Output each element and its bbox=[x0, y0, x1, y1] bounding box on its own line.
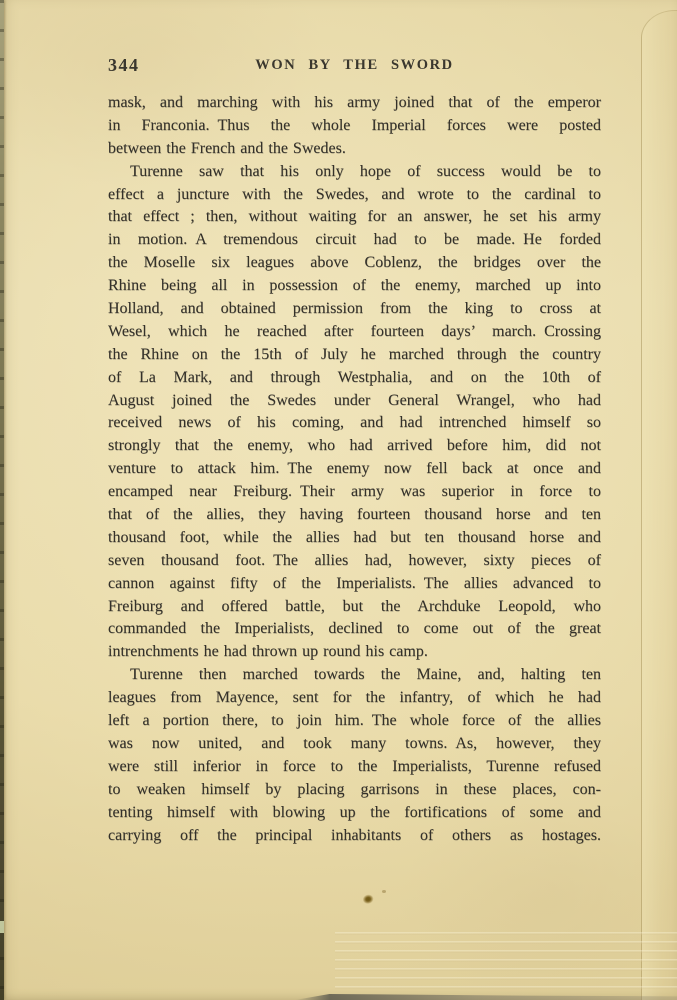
text-line: between the French and the Swedes. bbox=[108, 138, 601, 161]
text-line: Turenne saw that his only hope of succes… bbox=[108, 161, 601, 184]
text-line: thousand foot, while the allies had but … bbox=[108, 527, 601, 550]
text-line: was now united, and took many towns. As,… bbox=[108, 733, 601, 756]
text-line: carrying off the principal inhabitants o… bbox=[108, 825, 601, 848]
text-line: intrenchments he had thrown up round his… bbox=[108, 641, 601, 664]
text-line: Turenne then marched towards the Maine, … bbox=[108, 664, 601, 687]
text-line: left a portion there, to join him. The w… bbox=[108, 710, 601, 733]
text-line: leagues from Mayence, sent for the infan… bbox=[108, 687, 601, 710]
text-line: Holland, and obtained permission from th… bbox=[108, 298, 601, 321]
text-line: Wesel, which he reached after fourteen d… bbox=[108, 321, 601, 344]
text-line: the Moselle six leagues above Coblenz, t… bbox=[108, 252, 601, 275]
text-line: Rhine being all in possession of the ene… bbox=[108, 275, 601, 298]
paragraph: mask, and marching with his army joined … bbox=[108, 92, 601, 161]
text-line: effect a juncture with the Swedes, and w… bbox=[108, 184, 601, 207]
ink-speck bbox=[382, 890, 386, 893]
text-line: tenting himself with blowing up the fort… bbox=[108, 802, 601, 825]
text-line: August joined the Swedes under General W… bbox=[108, 390, 601, 413]
text-line: venture to attack him. The enemy now fel… bbox=[108, 458, 601, 481]
text-line: encamped near Freiburg. Their army was s… bbox=[108, 481, 601, 504]
stacked-page-edges bbox=[335, 932, 677, 994]
text-line: that of the allies, they having fourteen… bbox=[108, 504, 601, 527]
text-line: of La Mark, and through Westphalia, and … bbox=[108, 367, 601, 390]
book-page-scan: 344 WON BY THE SWORD mask, and marching … bbox=[0, 0, 677, 1000]
text-line: in Franconia. Thus the whole Imperial fo… bbox=[108, 115, 601, 138]
text-line: to weaken himself by placing garrisons i… bbox=[108, 779, 601, 802]
text-line: received news of his coming, and had int… bbox=[108, 412, 601, 435]
text-line: cannon against fifty of the Imperialists… bbox=[108, 573, 601, 596]
page-text: mask, and marching with his army joined … bbox=[108, 92, 601, 847]
text-line: Freiburg and offered battle, but the Arc… bbox=[108, 596, 601, 619]
paragraph: Turenne then marched towards the Maine, … bbox=[108, 664, 601, 847]
scan-corner-speck bbox=[0, 921, 4, 933]
text-line: strongly that the enemy, who had arrived… bbox=[108, 435, 601, 458]
page-header: 344 WON BY THE SWORD bbox=[108, 55, 601, 77]
ink-spot bbox=[361, 890, 377, 905]
text-line: that effect ; then, without waiting for … bbox=[108, 206, 601, 229]
text-line: were still inferior in force to the Impe… bbox=[108, 756, 601, 779]
text-line: the Rhine on the 15th of July he marched… bbox=[108, 344, 601, 367]
page-content: 344 WON BY THE SWORD mask, and marching … bbox=[108, 55, 601, 847]
text-line: mask, and marching with his army joined … bbox=[108, 92, 601, 115]
running-title: WON BY THE SWORD bbox=[108, 57, 601, 74]
scan-gutter-edge bbox=[0, 0, 4, 1000]
text-line: commanded the Imperialists, declined to … bbox=[108, 618, 601, 641]
paragraph: Turenne saw that his only hope of succes… bbox=[108, 161, 601, 665]
page-curl-edge bbox=[641, 10, 677, 1000]
text-line: in motion. A tremendous circuit had to b… bbox=[108, 229, 601, 252]
text-line: seven thousand foot. The allies had, how… bbox=[108, 550, 601, 573]
